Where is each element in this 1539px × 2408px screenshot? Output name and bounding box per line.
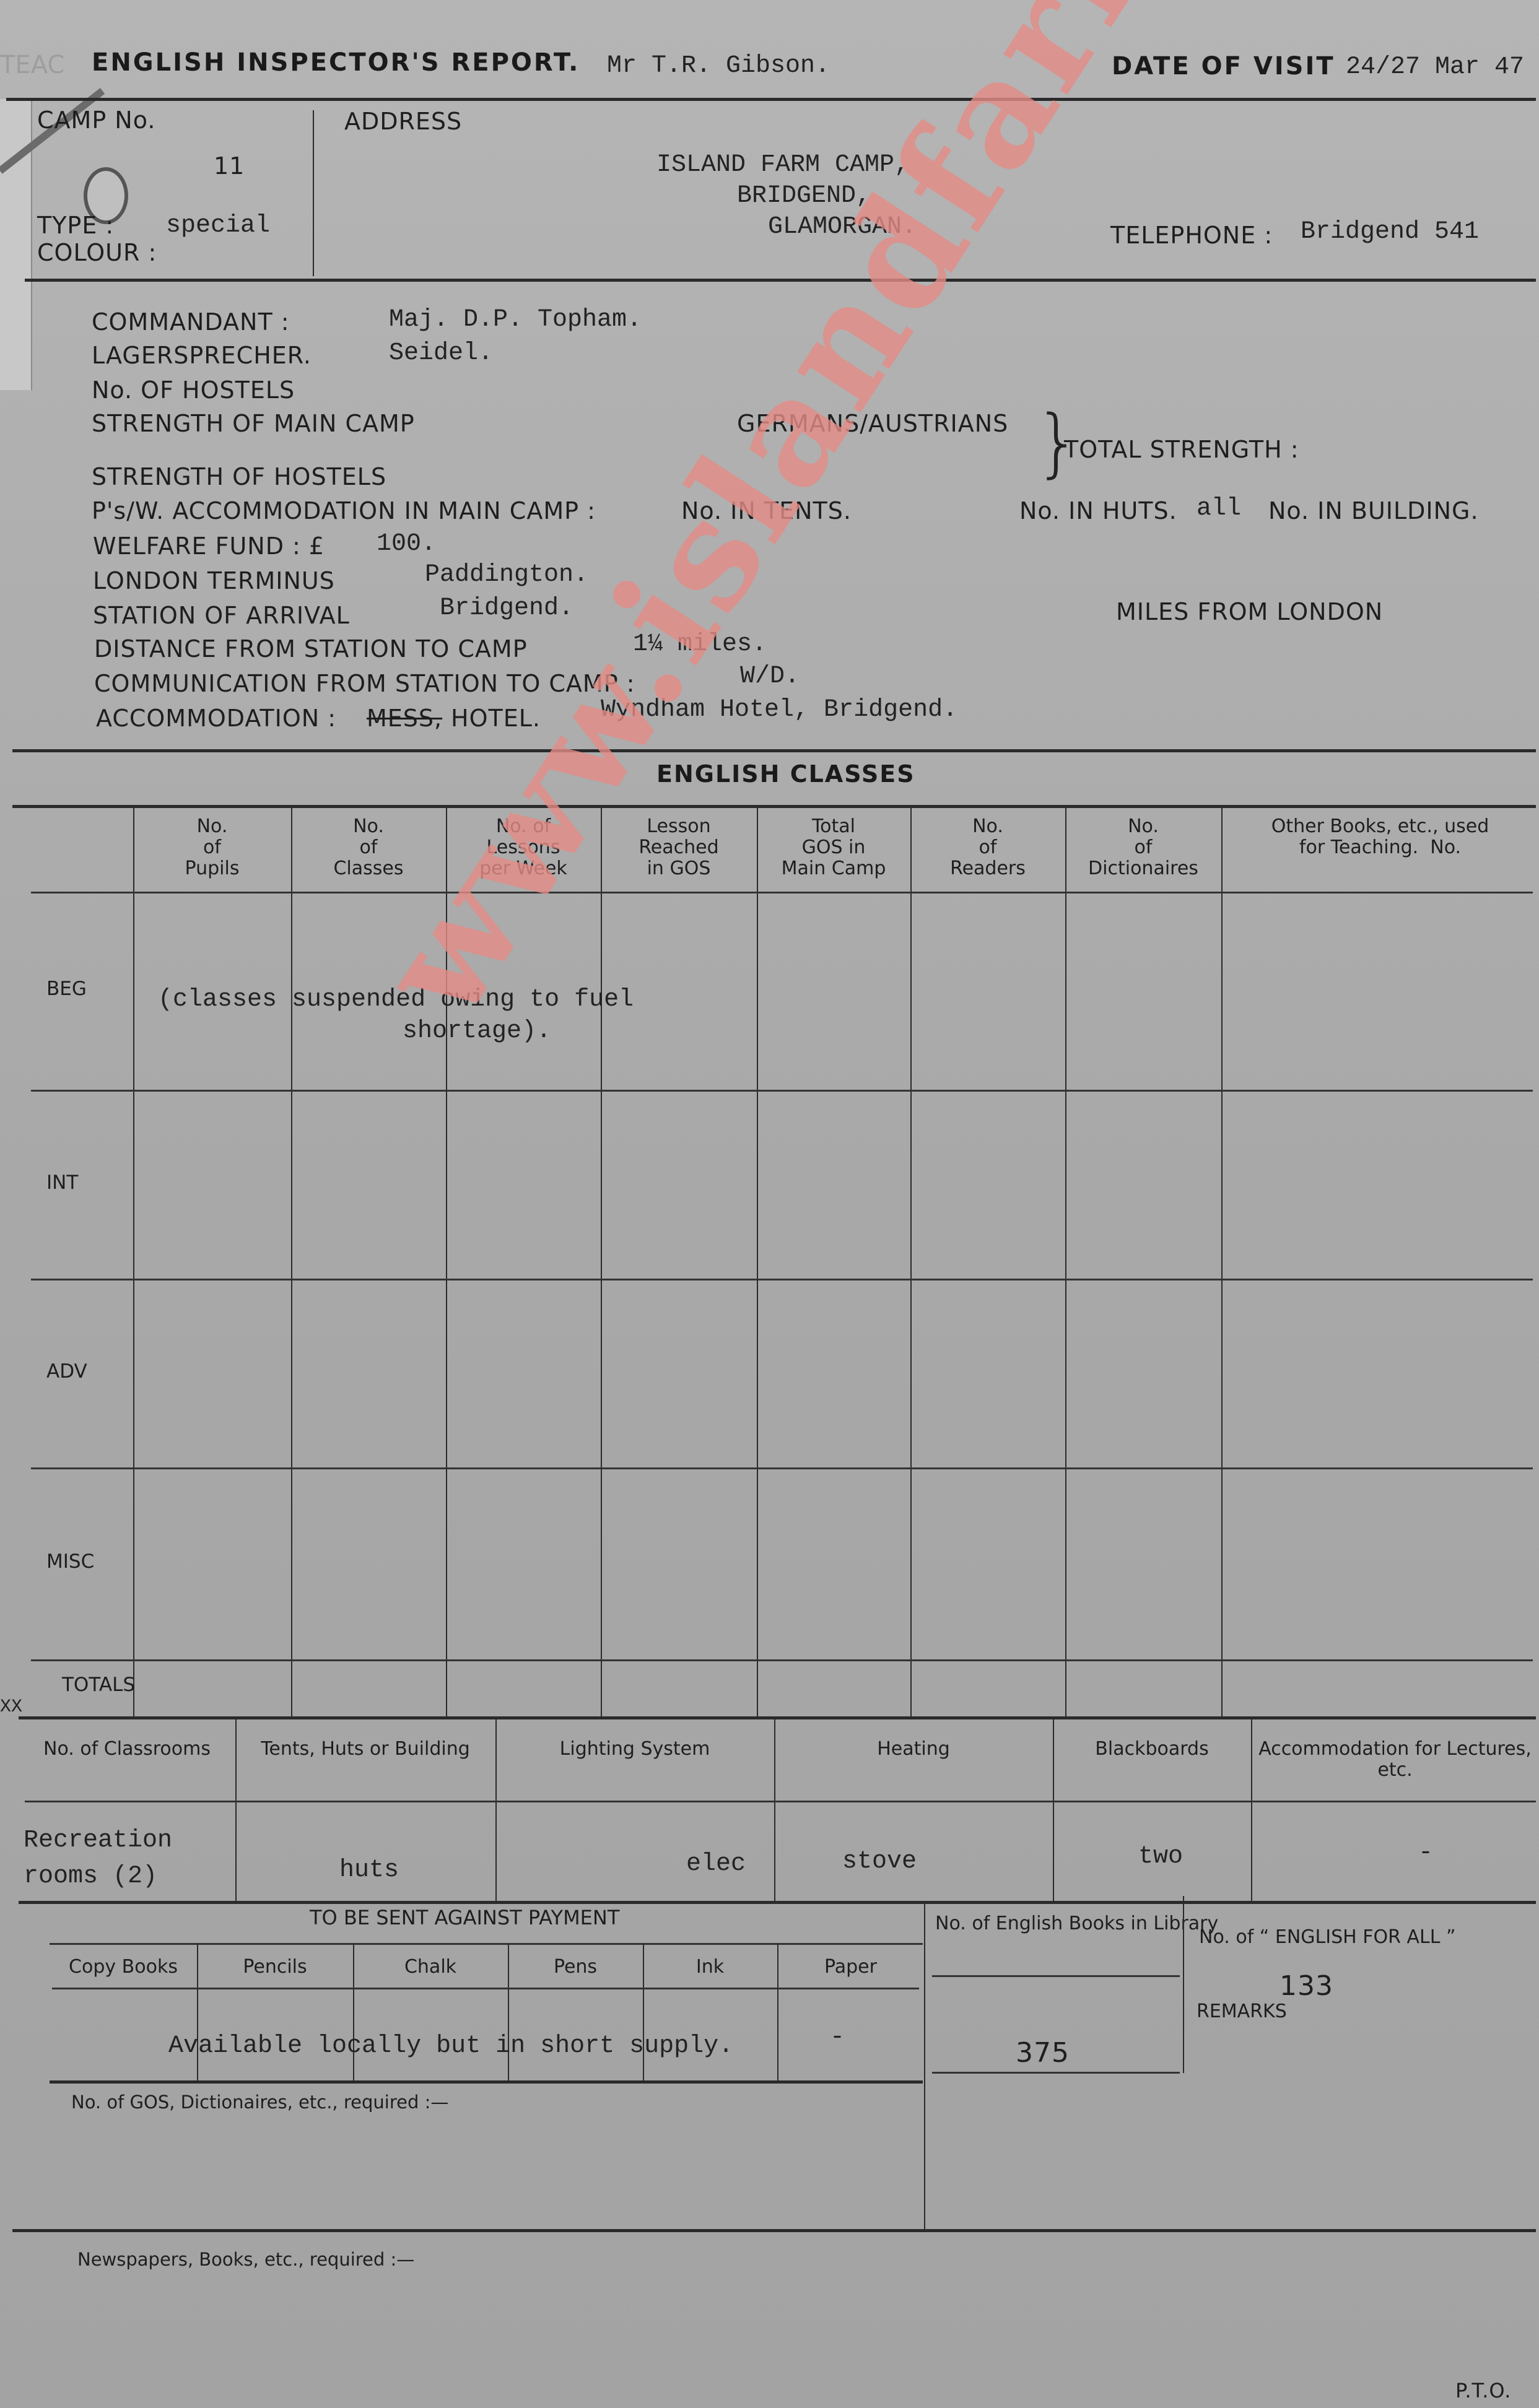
newspapers-required-label: Newspapers, Books, etc., required :— [77, 2249, 414, 2270]
divider [25, 279, 1536, 282]
column-divider [1065, 805, 1066, 1716]
divider [313, 110, 314, 276]
english-for-all-value: 133 [1280, 1970, 1333, 2002]
divider [12, 2229, 1536, 2232]
lagersprecher-value: Seidel. [389, 339, 493, 367]
communication-value: W/D. [740, 663, 800, 690]
payment-header: Paper [777, 1957, 924, 1978]
commandant-value: Maj. D.P. Topham. [389, 306, 642, 334]
row-divider [31, 1659, 1533, 1661]
strength-main-label: STRENGTH OF MAIN CAMP [92, 410, 415, 437]
facility-value: - [1418, 1839, 1433, 1867]
miles-label: MILES FROM LONDON [1116, 598, 1383, 625]
payment-header: Pens [508, 1957, 643, 1978]
facility-value: huts [339, 1856, 399, 1884]
hotel-label-prefix: ACCOMMODATION : [96, 705, 336, 732]
facility-header: No. of Classrooms [19, 1739, 235, 1760]
building-label: No. IN BUILDING. [1268, 497, 1479, 524]
remarks-label: REMARKS [1197, 2001, 1287, 2022]
date-value: 24/27 Mar 47 [1346, 53, 1524, 81]
row-label: MISC [46, 1551, 94, 1572]
facility-value: two [1138, 1843, 1183, 1871]
accommodation-label: P's/W. ACCOMMODATION IN MAIN CAMP : [92, 497, 596, 524]
divider [932, 2072, 1180, 2074]
column-header: No. of Pupils [133, 816, 291, 879]
column-header: No. of Dictionaires [1065, 816, 1221, 879]
column-divider [757, 805, 758, 1716]
row-divider [25, 1801, 1536, 1802]
inspector-name: Mr T.R. Gibson. [607, 52, 830, 80]
gos-required-label: No. of GOS, Dictionaires, etc., required… [71, 2092, 448, 2113]
column-divider [910, 805, 912, 1716]
english-for-all-label: No. of “ ENGLISH FOR ALL ” [1199, 1927, 1456, 1948]
huts-label: No. IN HUTS. [1019, 497, 1177, 524]
payment-title: TO BE SENT AGAINST PAYMENT [310, 1907, 619, 1928]
facility-header: Lighting System [495, 1739, 774, 1760]
divider [19, 1716, 1536, 1719]
payment-header: Pencils [197, 1957, 353, 1978]
column-divider [291, 805, 292, 1716]
divider [19, 1901, 1536, 1904]
welfare-label: WELFARE FUND : £ [93, 532, 325, 560]
date-label: DATE OF VISIT [1112, 52, 1335, 80]
payment-header: Copy Books [50, 1957, 197, 1978]
row-divider [31, 1467, 1533, 1469]
report-title: ENGLISH INSPECTOR'S REPORT. [92, 48, 580, 77]
telephone-value: Bridgend 541 [1301, 218, 1479, 246]
document-page: TEAC ENGLISH INSPECTOR'S REPORT. Mr T.R.… [0, 0, 1539, 2408]
facility-header: Heating [774, 1739, 1053, 1760]
pto-label: P.T.O. [1455, 2379, 1511, 2402]
row-label: BEG [46, 978, 87, 999]
bleed-through-text: TEAC [0, 51, 64, 79]
payment-header: Ink [643, 1957, 777, 1978]
hostels-label: No. OF HOSTELS [92, 376, 295, 404]
facility-header: Tents, Huts or Building [235, 1739, 495, 1760]
terminus-label: LONDON TERMINUS [93, 567, 335, 594]
paper-value: - [830, 2023, 845, 2051]
distance-label: DISTANCE FROM STATION TO CAMP [94, 635, 528, 663]
divider [12, 805, 1536, 808]
beg-note-line-1: (classes suspended owing to fuel [158, 986, 634, 1014]
column-divider [601, 805, 602, 1716]
commandant-label: COMMANDANT : [92, 308, 290, 336]
divider [6, 98, 1536, 101]
library-value: 375 [1016, 2037, 1070, 2069]
terminus-value: Paddington. [425, 561, 588, 589]
hotel-struck-text: MESS, [367, 705, 442, 732]
address-label: ADDRESS [344, 108, 462, 135]
row-divider [31, 1090, 1533, 1092]
arrival-label: STATION OF ARRIVAL [93, 602, 350, 629]
lagersprecher-label: LAGERSPRECHER. [92, 342, 312, 369]
facility-header: Blackboards [1053, 1739, 1251, 1760]
facility-value: stove [842, 1848, 917, 1876]
row-divider [31, 1279, 1533, 1280]
type-label: TYPE : [37, 212, 114, 239]
colour-label: COLOUR : [37, 239, 157, 266]
column-divider [133, 805, 134, 1716]
camp-no-label: CAMP No. [37, 106, 155, 134]
margin-mark: XX [0, 1697, 22, 1718]
camp-no-value: 11 [214, 152, 245, 180]
divider [50, 1943, 923, 1945]
supply-note: Available locally but in short supply. [168, 2032, 733, 2060]
type-value: special [166, 212, 270, 240]
facility-value: Recreation rooms (2) [24, 1823, 172, 1895]
welfare-value: 100. [377, 530, 436, 558]
row-label: ADV [46, 1361, 87, 1382]
telephone-label: TELEPHONE : [1110, 222, 1273, 249]
column-header: Total GOS in Main Camp [757, 816, 910, 879]
divider [1183, 1896, 1184, 2073]
row-label: TOTALS [62, 1674, 135, 1695]
column-header: Other Books, etc., used for Teaching. No… [1221, 816, 1539, 858]
attached-tag [0, 99, 32, 390]
row-divider [31, 892, 1533, 893]
huts-value: all [1197, 495, 1241, 523]
column-header: No. of Readers [910, 816, 1065, 879]
facility-value: elec [686, 1850, 746, 1878]
facility-header: Accommodation for Lectures, etc. [1251, 1739, 1539, 1781]
arrival-value: Bridgend. [440, 594, 573, 622]
divider [924, 1901, 925, 2229]
strength-hostels-label: STRENGTH OF HOSTELS [92, 463, 386, 490]
library-label: No. of English Books in Library [935, 1913, 1171, 1934]
divider [50, 2080, 923, 2084]
total-strength-label: TOTAL STRENGTH : [1064, 436, 1299, 463]
row-label: INT [46, 1172, 78, 1193]
column-divider [1221, 805, 1223, 1716]
divider [932, 1975, 1180, 1977]
divider [12, 749, 1536, 752]
row-divider [52, 1988, 919, 1989]
payment-header: Chalk [353, 1957, 508, 1978]
classes-section-title: ENGLISH CLASSES [656, 760, 915, 788]
